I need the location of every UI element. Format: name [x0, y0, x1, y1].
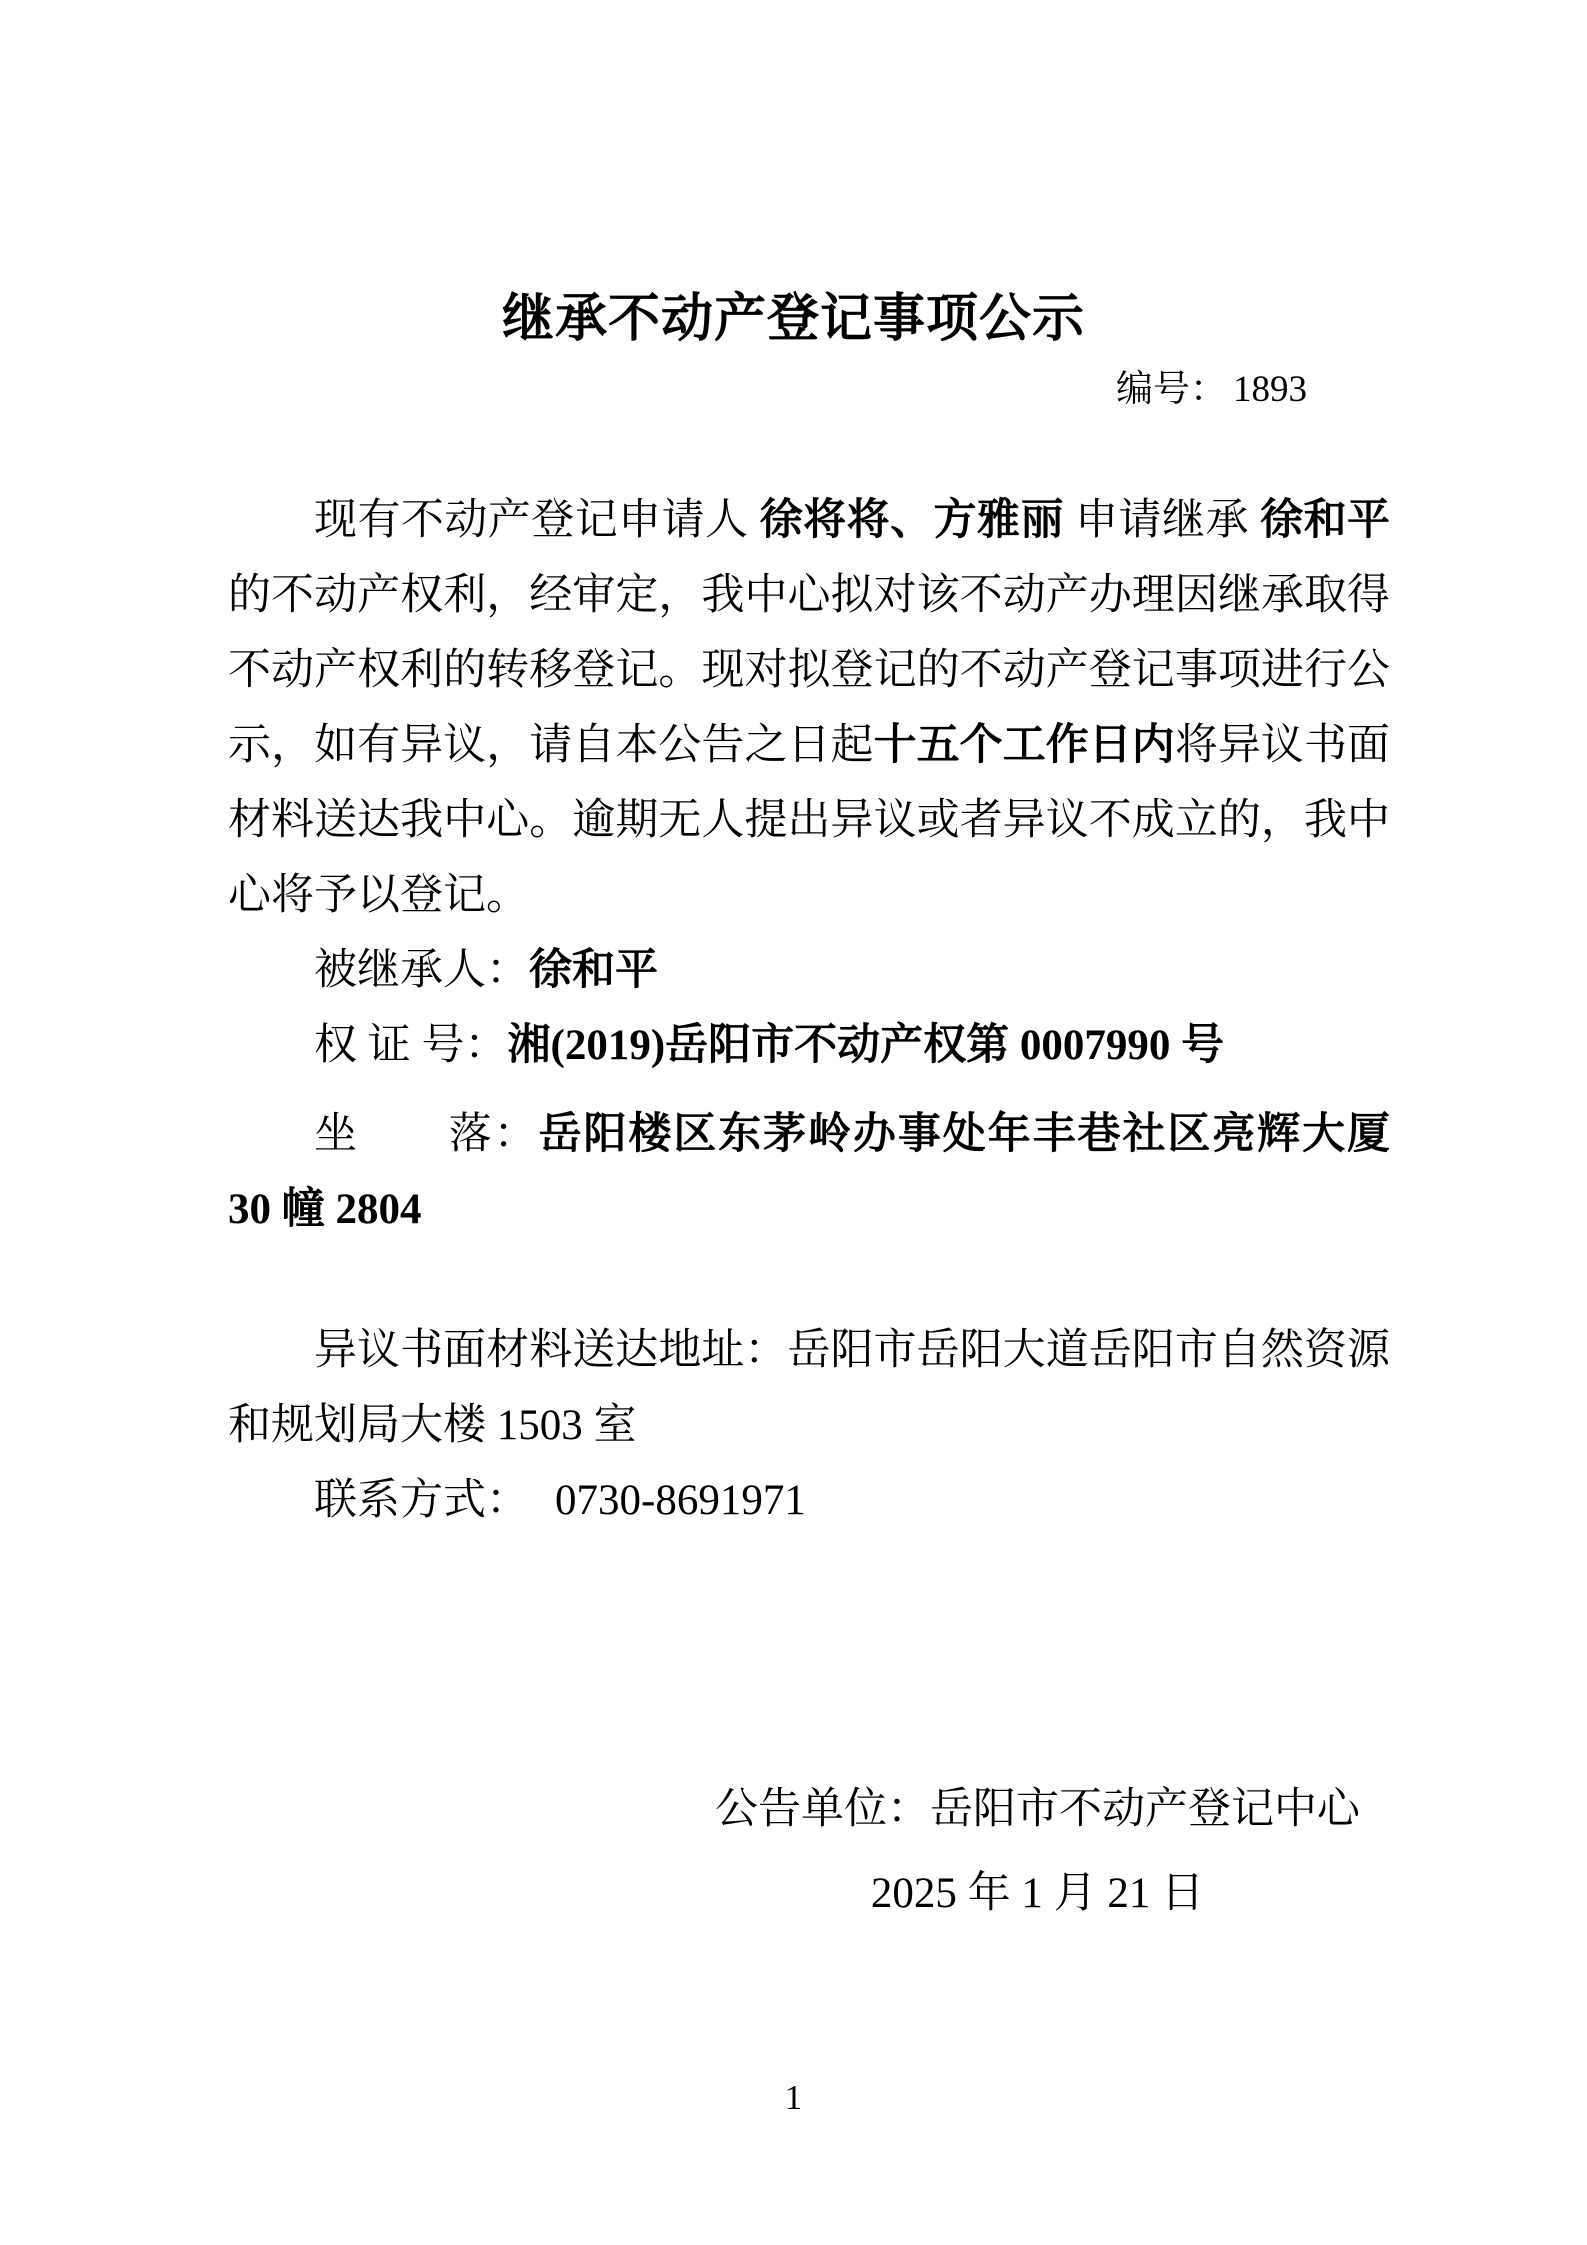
field-label-location: 坐 落： — [314, 1111, 539, 1158]
paragraph-mid: 申请继承 — [1064, 497, 1260, 544]
doc-number-value: 1893 — [1233, 369, 1307, 410]
field-row-location: 坐 落：岳阳楼区东茅岭办事处年丰巷社区亮辉大厦 30 幢 2804 — [228, 1097, 1390, 1247]
field-row-decedent: 被继承人：徐和平 — [228, 933, 1390, 1008]
date-line: 2025 年 1 月 21 日 — [620, 1852, 1455, 1936]
field-value-decedent: 徐和平 — [529, 947, 658, 994]
notice-body: 现有不动产登记申请人 徐将将、方雅丽 申请继承 徐和平的不动产权利，经审定，我中… — [228, 483, 1390, 1538]
field-value-certificate-number: 湘(2019)岳阳市不动产权第 0007990 号 — [508, 1022, 1225, 1069]
applicant-names: 徐将将、方雅丽 — [760, 497, 1064, 544]
contact-label: 联系方式： — [314, 1477, 529, 1524]
field-row-certificate-number: 权 证 号：湘(2019)岳阳市不动产权第 0007990 号 — [228, 1008, 1390, 1083]
notice-footer: 公告单位：岳阳市不动产登记中心 2025 年 1 月 21 日 — [620, 1768, 1455, 1936]
issuer-line: 公告单位：岳阳市不动产登记中心 — [620, 1768, 1455, 1852]
decedent-name-inline: 徐和平 — [1260, 497, 1390, 544]
field-label-decedent: 被继承人： — [314, 947, 529, 994]
page-title: 继承不动产登记事项公示 — [0, 276, 1587, 362]
doc-number: 编号：1893 — [1116, 366, 1307, 414]
notice-paragraph: 现有不动产登记申请人 徐将将、方雅丽 申请继承 徐和平的不动产权利，经审定，我中… — [228, 483, 1390, 933]
doc-number-label: 编号： — [1116, 369, 1227, 410]
paragraph-lead: 现有不动产登记申请人 — [314, 497, 760, 544]
field-label-certificate-number: 权 证 号： — [314, 1022, 508, 1069]
notice-page: 继承不动产登记事项公示 编号：1893 现有不动产登记申请人 徐将将、方雅丽 申… — [0, 0, 1587, 2245]
page-number: 1 — [0, 2078, 1587, 2118]
objection-address: 异议书面材料送达地址：岳阳市岳阳大道岳阳市自然资源和规划局大楼 1503 室 — [228, 1313, 1390, 1463]
issuer-label: 公告单位： — [715, 1786, 930, 1833]
contact-value: 0730-8691971 — [555, 1477, 806, 1524]
deadline-emphasis: 十五个工作日内 — [874, 722, 1175, 769]
contact-line: 联系方式：0730-8691971 — [228, 1463, 1390, 1538]
issuer-name: 岳阳市不动产登记中心 — [930, 1786, 1360, 1833]
